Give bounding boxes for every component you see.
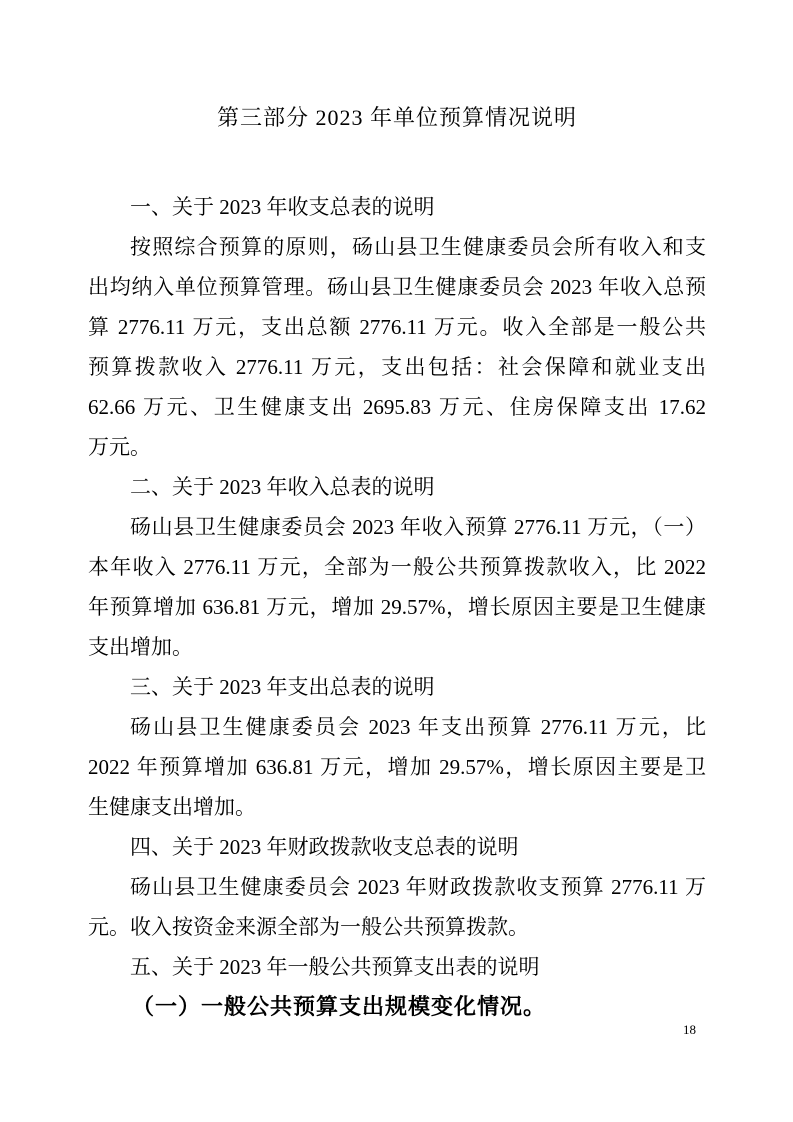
text-line: 2022 年预算增加 636.81 万元，增加 29.57%，增长原因主要是卫	[88, 747, 706, 787]
page-number: 18	[683, 1022, 696, 1038]
text-line: 砀山县卫生健康委员会 2023 年财政拨款收支预算 2776.11 万	[88, 867, 706, 907]
text-line: 生健康支出增加。	[88, 787, 706, 827]
section-heading-3: 三、关于 2023 年支出总表的说明	[88, 667, 706, 707]
text-line: 本年收入 2776.11 万元，全部为一般公共预算拨款收入，比 2022	[88, 547, 706, 587]
text-line: 算 2776.11 万元，支出总额 2776.11 万元。收入全部是一般公共	[88, 307, 706, 347]
section-heading-2: 二、关于 2023 年收入总表的说明	[88, 467, 706, 507]
document-title: 第三部分 2023 年单位预算情况说明	[88, 100, 706, 136]
text-line: 年预算增加 636.81 万元，增加 29.57%，增长原因主要是卫生健康	[88, 587, 706, 627]
document-content: 第三部分 2023 年单位预算情况说明 一、关于 2023 年收支总表的说明 按…	[88, 100, 706, 1027]
section-heading-4: 四、关于 2023 年财政拨款收支总表的说明	[88, 827, 706, 867]
text-line: 按照综合预算的原则，砀山县卫生健康委员会所有收入和支	[88, 227, 706, 267]
text-line: 预算拨款收入 2776.11 万元，支出包括：社会保障和就业支出	[88, 347, 706, 387]
text-line: 砀山县卫生健康委员会 2023 年收入预算 2776.11 万元，（一）	[88, 507, 706, 547]
text-line: 元。收入按资金来源全部为一般公共预算拨款。	[88, 907, 706, 947]
text-line: 砀山县卫生健康委员会 2023 年支出预算 2776.11 万元，比	[88, 707, 706, 747]
text-line: 出均纳入单位预算管理。砀山县卫生健康委员会 2023 年收入总预	[88, 267, 706, 307]
section-heading-1: 一、关于 2023 年收支总表的说明	[88, 187, 706, 227]
document-page: 第三部分 2023 年单位预算情况说明 一、关于 2023 年收支总表的说明 按…	[0, 0, 793, 1122]
text-line: 62.66 万元、卫生健康支出 2695.83 万元、住房保障支出 17.62	[88, 387, 706, 427]
text-line: 支出增加。	[88, 627, 706, 667]
subsection-heading: （一）一般公共预算支出规模变化情况。	[88, 987, 706, 1027]
text-line: 万元。	[88, 427, 706, 467]
section-heading-5: 五、关于 2023 年一般公共预算支出表的说明	[88, 947, 706, 987]
